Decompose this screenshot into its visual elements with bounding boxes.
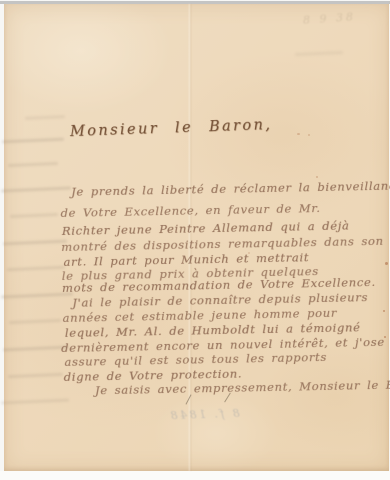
scanned-letter-page: 8 9 38 Monsieur le Baron, Je prends la l… (0, 0, 390, 480)
showthrough-date-note: 8 f. 1848 (168, 407, 240, 422)
letter-line: Je prends la liberté de réclamer la bien… (71, 178, 390, 198)
letter-line: de Votre Excellence, en faveur de Mr. (60, 201, 320, 220)
